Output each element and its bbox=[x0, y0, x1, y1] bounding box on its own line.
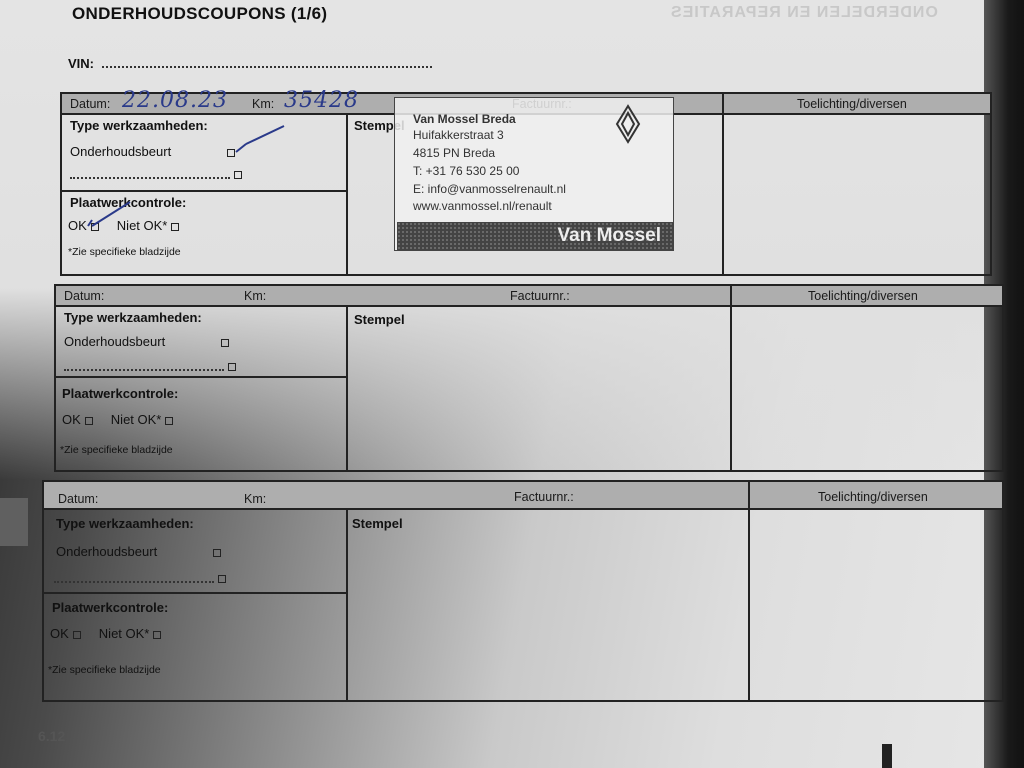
bodywork-options: OKNiet OK* bbox=[62, 412, 173, 427]
ok-label: OK bbox=[62, 412, 81, 427]
coupon-header: Datum: Km: Factuurnr.: Toelichting/diver… bbox=[56, 286, 1002, 307]
page-title: ONDERHOUDSCOUPONS (1/6) bbox=[72, 4, 327, 24]
notes-label: Toelichting/diversen bbox=[797, 97, 907, 111]
footnote: *Zie specifieke bladzijde bbox=[48, 664, 161, 676]
stamp-label: Stempel bbox=[352, 516, 403, 531]
dealer-phone: T: +31 76 530 25 00 bbox=[413, 164, 519, 178]
other-work-option[interactable] bbox=[54, 570, 226, 585]
stamp-label: Stempel bbox=[354, 312, 405, 327]
divider bbox=[346, 305, 348, 470]
dealer-city: 4815 PN Breda bbox=[413, 146, 495, 160]
work-type-label: Type werkzaamheden: bbox=[70, 118, 208, 133]
other-work-field[interactable] bbox=[64, 363, 224, 371]
invoice-label: Factuurnr.: bbox=[510, 289, 570, 303]
service-option[interactable]: Onderhoudsbeurt bbox=[64, 334, 229, 349]
not-ok-checkbox[interactable] bbox=[171, 223, 179, 231]
dealer-street: Huifakkerstraat 3 bbox=[413, 128, 504, 142]
not-ok-label: Niet OK* bbox=[111, 412, 162, 427]
bodywork-label: Plaatwerkcontrole: bbox=[62, 386, 178, 401]
km-label: Km: bbox=[244, 492, 266, 506]
service-checkbox[interactable] bbox=[213, 549, 221, 557]
other-work-checkbox[interactable] bbox=[234, 171, 242, 179]
date-label: Datum: bbox=[64, 289, 104, 303]
page-tab bbox=[0, 498, 28, 546]
service-option[interactable]: Onderhoudsbeurt bbox=[70, 144, 235, 159]
dealer-brand-band: Van Mossel bbox=[397, 222, 673, 250]
ok-checkbox[interactable] bbox=[85, 417, 93, 425]
renault-logo-icon bbox=[613, 104, 643, 144]
dealer-name: Van Mossel Breda bbox=[413, 112, 516, 126]
divider bbox=[44, 592, 346, 594]
work-type-label: Type werkzaamheden: bbox=[64, 310, 202, 325]
bodywork-label: Plaatwerkcontrole: bbox=[52, 600, 168, 615]
other-work-field[interactable] bbox=[54, 575, 214, 583]
dealer-email: E: info@vanmosselrenault.nl bbox=[413, 182, 566, 196]
vin-label: VIN: bbox=[68, 56, 94, 71]
km-label: Km: bbox=[252, 97, 274, 111]
page-number: 6.12 bbox=[38, 728, 65, 744]
service-label: Onderhoudsbeurt bbox=[56, 544, 157, 559]
divider bbox=[346, 113, 348, 274]
invoice-label: Factuurnr.: bbox=[514, 490, 574, 504]
divider bbox=[730, 286, 732, 470]
other-work-checkbox[interactable] bbox=[228, 363, 236, 371]
not-ok-checkbox[interactable] bbox=[165, 417, 173, 425]
divider bbox=[56, 376, 346, 378]
checkmark-ok-icon bbox=[82, 196, 142, 232]
km-label: Km: bbox=[244, 289, 266, 303]
dealer-website: www.vanmossel.nl/renault bbox=[413, 199, 552, 213]
not-ok-label: Niet OK* bbox=[99, 626, 150, 641]
mirrored-title: ONDERDELEN EN REPARATIES bbox=[670, 4, 938, 22]
divider bbox=[62, 190, 346, 192]
divider bbox=[748, 482, 750, 700]
divider bbox=[722, 94, 724, 274]
ok-label: OK bbox=[50, 626, 69, 641]
service-label: Onderhoudsbeurt bbox=[70, 144, 171, 159]
date-label: Datum: bbox=[58, 492, 98, 506]
coupon-2: Datum: Km: Factuurnr.: Toelichting/diver… bbox=[54, 284, 1004, 472]
ok-checkbox[interactable] bbox=[73, 631, 81, 639]
section-marker bbox=[882, 744, 892, 768]
notes-label: Toelichting/diversen bbox=[808, 289, 918, 303]
service-checkbox[interactable] bbox=[221, 339, 229, 347]
dealer-stamp: Van Mossel Breda Huifakkerstraat 3 4815 … bbox=[394, 97, 674, 251]
handwritten-km: 35428 bbox=[284, 88, 359, 113]
service-label: Onderhoudsbeurt bbox=[64, 334, 165, 349]
coupon-3: Datum: Km: Factuurnr.: Toelichting/diver… bbox=[42, 480, 1004, 702]
divider bbox=[346, 508, 348, 700]
date-label: Datum: bbox=[70, 97, 110, 111]
other-work-checkbox[interactable] bbox=[218, 575, 226, 583]
footnote: *Zie specifieke bladzijde bbox=[60, 444, 173, 456]
other-work-option[interactable] bbox=[70, 166, 242, 181]
vin-field[interactable] bbox=[102, 58, 432, 68]
coupon-header: Datum: Km: Factuurnr.: Toelichting/diver… bbox=[44, 482, 1002, 510]
bodywork-options: OKNiet OK* bbox=[50, 626, 161, 641]
work-type-label: Type werkzaamheden: bbox=[56, 516, 194, 531]
handwritten-date: 22.08.23 bbox=[122, 88, 228, 113]
notes-label: Toelichting/diversen bbox=[818, 490, 928, 504]
other-work-option[interactable] bbox=[64, 358, 236, 373]
not-ok-checkbox[interactable] bbox=[153, 631, 161, 639]
footnote: *Zie specifieke bladzijde bbox=[68, 246, 181, 258]
dealer-brand: Van Mossel bbox=[558, 225, 662, 247]
other-work-field[interactable] bbox=[70, 171, 230, 179]
checkmark-service-icon bbox=[232, 122, 292, 158]
service-option[interactable]: Onderhoudsbeurt bbox=[56, 544, 221, 559]
